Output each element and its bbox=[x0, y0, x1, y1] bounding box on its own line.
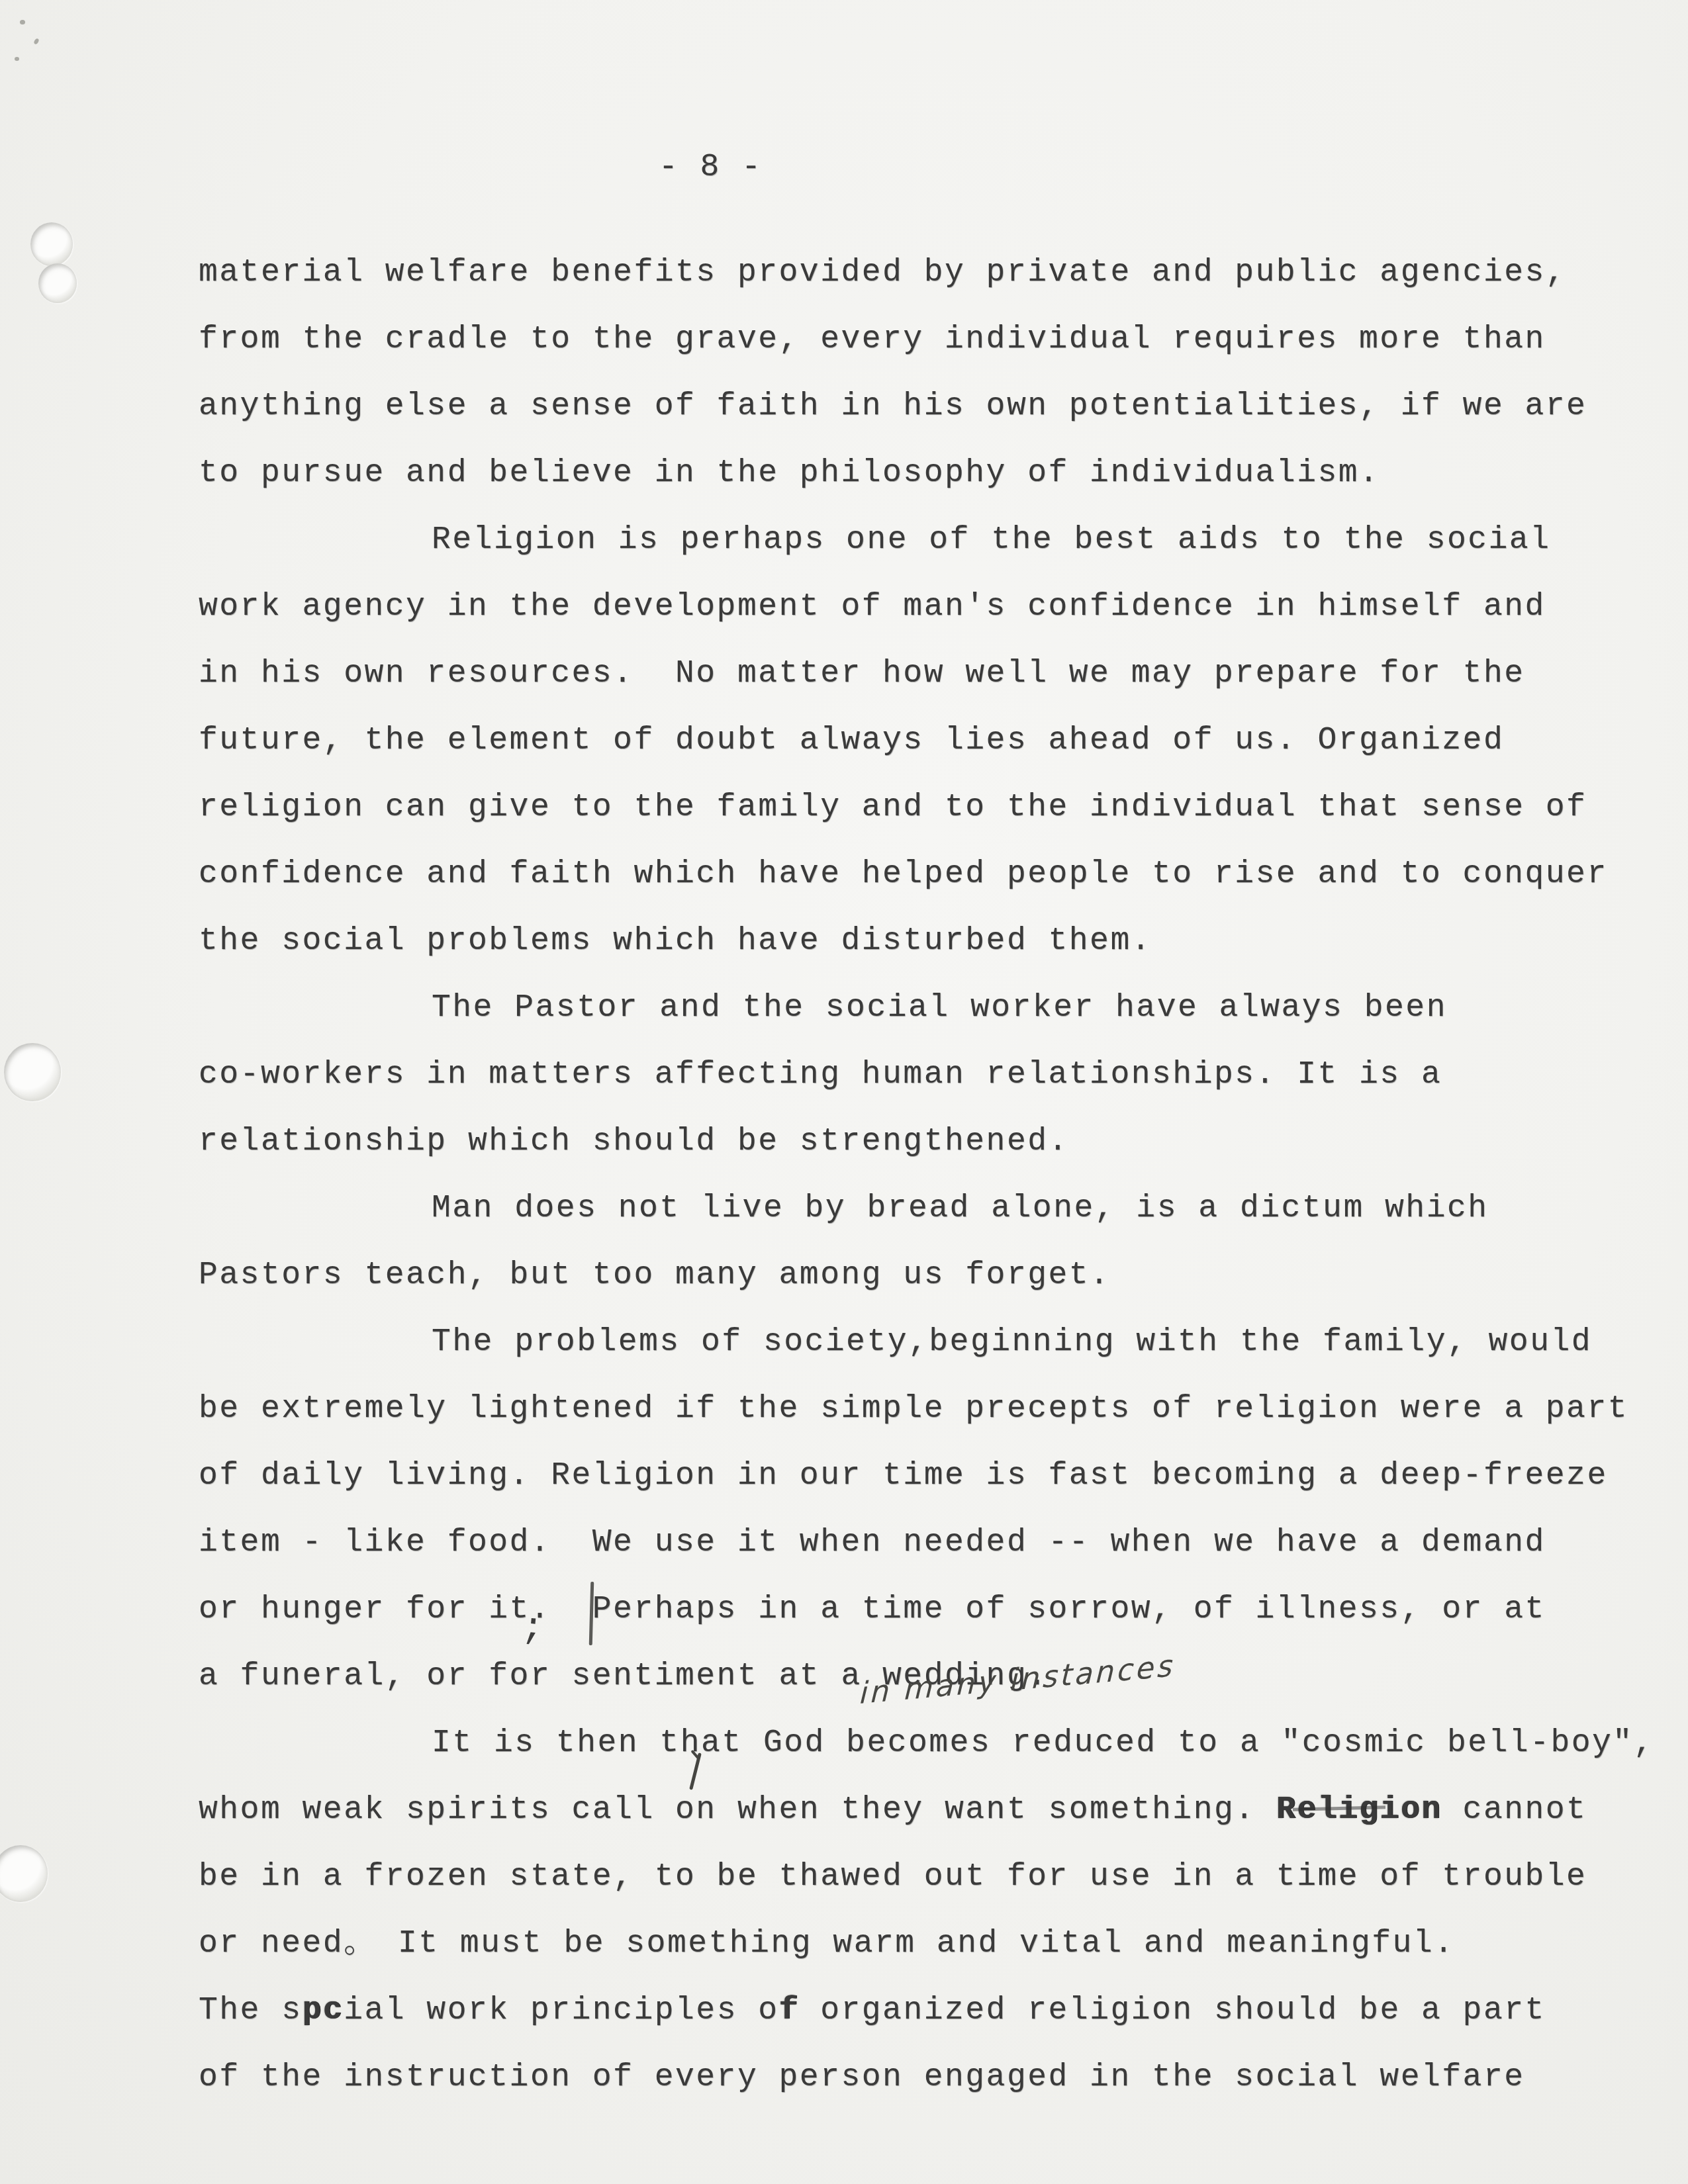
typed-line: The Pastor and the social worker have al… bbox=[199, 975, 1635, 1042]
punch-hole bbox=[30, 222, 73, 266]
typed-line: Man does not live by bread alone, is a d… bbox=[199, 1175, 1635, 1242]
paragraph-3: The Pastor and the social worker have al… bbox=[199, 975, 1635, 1175]
overstruck-word: Religion bbox=[1276, 1792, 1442, 1828]
typed-line: in his own resources. No matter how well… bbox=[199, 641, 1635, 707]
line-segment: organized religion should be a part bbox=[800, 1993, 1546, 2028]
typed-line: the social problems which have disturbed… bbox=[199, 908, 1635, 975]
typed-line: confidence and faith which have helped p… bbox=[199, 841, 1635, 908]
paper-speck bbox=[20, 20, 25, 24]
paragraph-6: It is then that God becomes reduced to a… bbox=[199, 1710, 1635, 2111]
typed-line: Pastors teach, but too many among us for… bbox=[199, 1242, 1635, 1309]
paper-speck bbox=[15, 57, 19, 61]
typed-line: The spcial work principles of organized … bbox=[199, 1978, 1635, 2044]
punch-hole bbox=[0, 1845, 48, 1902]
typed-line: or hunger for it. Perhaps in a time of s… bbox=[199, 1576, 1635, 1643]
typed-line: be in a frozen state, to be thawed out f… bbox=[199, 1844, 1635, 1911]
handwritten-semicolon: ; bbox=[520, 1606, 547, 1651]
paragraph-4: Man does not live by bread alone, is a d… bbox=[199, 1175, 1635, 1309]
typed-line: from the cradle to the grave, every indi… bbox=[199, 306, 1635, 373]
typed-line: relationship which should be strengthene… bbox=[199, 1109, 1635, 1175]
line-segment: The s bbox=[199, 1993, 303, 2028]
typed-line: material welfare benefits provided by pr… bbox=[199, 240, 1635, 306]
punch-hole bbox=[38, 263, 77, 303]
typed-line: future, the element of doubt always lies… bbox=[199, 707, 1635, 774]
paragraph-1: material welfare benefits provided by pr… bbox=[199, 240, 1635, 507]
line-segment: cannot bbox=[1442, 1792, 1587, 1828]
typed-line: or need。 It must be something warm and v… bbox=[199, 1911, 1635, 1978]
typed-line: The problems of society,beginning with t… bbox=[199, 1309, 1635, 1376]
typed-line: Religion is perhaps one of the best aids… bbox=[199, 507, 1635, 574]
paragraph-5: The problems of society,beginning with t… bbox=[199, 1309, 1635, 1710]
typed-line: item - like food. We use it when needed … bbox=[199, 1510, 1635, 1576]
typed-line: work agency in the development of man's … bbox=[199, 574, 1635, 641]
paper-speck bbox=[33, 38, 40, 45]
typed-line: anything else a sense of faith in his ow… bbox=[199, 373, 1635, 440]
line-segment: ial work principles o bbox=[344, 1993, 778, 2028]
page-number: - 8 - bbox=[659, 150, 763, 185]
typed-text: material welfare benefits provided by pr… bbox=[199, 240, 1635, 2111]
overstruck-letters: pc bbox=[303, 1993, 344, 2028]
line-segment: whom weak spirits call on when they want… bbox=[199, 1792, 1276, 1828]
typewritten-page: - 8 - material welfare benefits provided… bbox=[0, 0, 1688, 2184]
typed-line: whom weak spirits call on when they want… bbox=[199, 1777, 1635, 1844]
typed-line: be extremely lightened if the simple pre… bbox=[199, 1376, 1635, 1443]
typed-line: of daily living. Religion in our time is… bbox=[199, 1443, 1635, 1510]
punch-hole bbox=[4, 1043, 61, 1101]
paragraph-2: Religion is perhaps one of the best aids… bbox=[199, 507, 1635, 975]
typed-line: It is then that God becomes reduced to a… bbox=[199, 1710, 1635, 1777]
overstruck-letters: f bbox=[779, 1993, 800, 2028]
typed-line: of the instruction of every person engag… bbox=[199, 2044, 1635, 2111]
typed-line: co-workers in matters affecting human re… bbox=[199, 1042, 1635, 1109]
typed-line: religion can give to the family and to t… bbox=[199, 774, 1635, 841]
typed-line: to pursue and believe in the philosophy … bbox=[199, 440, 1635, 507]
